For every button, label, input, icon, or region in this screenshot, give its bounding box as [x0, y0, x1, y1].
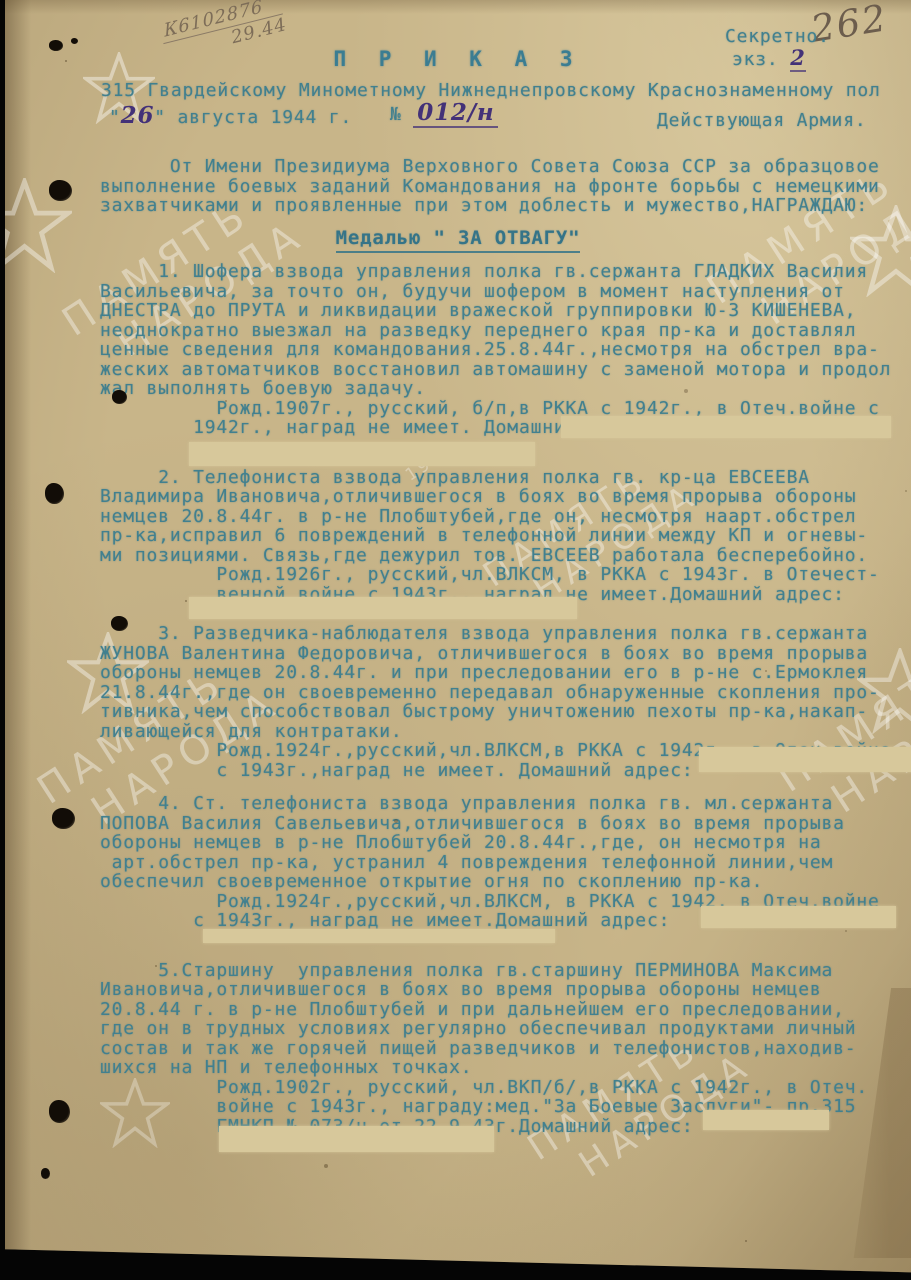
redaction-patch — [189, 442, 535, 466]
award-entries: 1. Шофера взвода управления полка гв.сер… — [100, 262, 900, 1136]
redaction-patch — [703, 1110, 829, 1130]
redaction-patch — [219, 1126, 494, 1152]
redaction-patch — [699, 747, 911, 772]
regiment-line: 315 Гвардейскому Минометному Нижнеднепро… — [101, 81, 911, 101]
punch-hole — [41, 1168, 50, 1179]
redaction-patch — [189, 597, 577, 619]
order-number-handwritten: 012/н — [413, 99, 498, 128]
paper-speckles — [65, 60, 67, 62]
secrecy-label: Секретно. — [725, 27, 830, 47]
paper-sheet: ПАМЯТЬНАРОДА ПАМЯТЬНАРОДА ПАМЯТЬНАРОДА 1… — [5, 0, 911, 1280]
day-handwritten: 26 — [121, 102, 155, 129]
punch-hole — [45, 483, 64, 504]
award-heading: Медалью " ЗА ОТВАГУ" — [5, 229, 911, 249]
redaction-patch — [203, 929, 555, 943]
redaction-patch — [561, 416, 891, 438]
army-label: Действующая Армия. — [657, 111, 866, 131]
punch-hole — [111, 616, 128, 631]
order-number: № 012/н — [390, 103, 498, 125]
punch-hole — [49, 1100, 70, 1123]
award-entry-1: 1. Шофера взвода управления полка гв.сер… — [100, 262, 900, 438]
punch-hole — [112, 390, 127, 404]
punch-hole — [71, 38, 78, 44]
date-line: "26" августа 1944 г. — [109, 106, 352, 128]
preamble-paragraph: От Имени Президиума Верховного Совета Со… — [100, 157, 900, 216]
order-title: П Р И К А З — [5, 50, 911, 70]
redaction-patch — [701, 906, 896, 928]
punch-hole — [49, 180, 72, 201]
punch-hole — [49, 40, 63, 51]
scanned-page: ПАМЯТЬНАРОДА ПАМЯТЬНАРОДА ПАМЯТЬНАРОДА 1… — [0, 0, 911, 1280]
punch-hole — [52, 808, 75, 829]
award-entry-2: 2. Телефониста взвода управления полка г… — [100, 468, 900, 605]
